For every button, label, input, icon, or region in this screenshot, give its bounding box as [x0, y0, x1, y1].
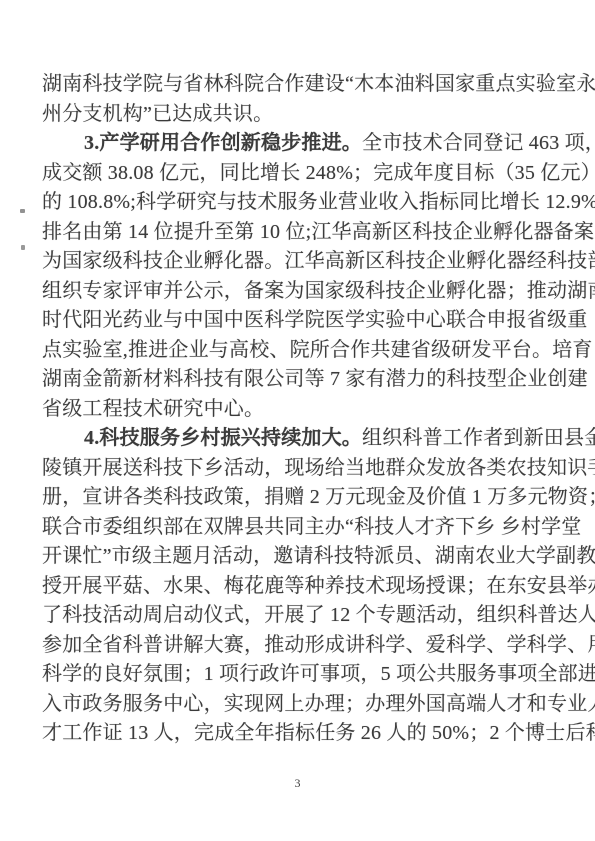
scan-speck [21, 245, 25, 250]
text-line: 入市政务服务中心，实现网上办理；办理外国高端人才和专业人 [42, 690, 554, 720]
text-line: 州分支机构”已达成共识。 [42, 100, 554, 130]
text-line: 3.产学研用合作创新稳步推进。全市技术合同登记 463 项， [42, 129, 554, 159]
text-block: 湖南科技学院与省林科院合作建设“木本油料国家重点实验室永州分支机构”已达成共识。… [42, 70, 554, 749]
section-heading: 4.科技服务乡村振兴持续加大。 [84, 427, 362, 449]
text-line: 册，宣讲各类科技政策，捐赠 2 万元现金及价值 1 万多元物资； [42, 483, 554, 513]
text-line: 才工作证 13 人，完成全年指标任务 26 人的 50%；2 个博士后科 [42, 719, 554, 749]
text-line: 陵镇开展送科技下乡活动，现场给当地群众发放各类农技知识手 [42, 454, 554, 484]
text-line: 4.科技服务乡村振兴持续加大。组织科普工作者到新田县金 [42, 424, 554, 454]
text-line: 联合市委组织部在双牌县共同主办“科技人才齐下乡 乡村学堂 [42, 513, 554, 543]
text-line: 排名由第 14 位提升至第 10 位;江华高新区科技企业孵化器备案 [42, 218, 554, 248]
text-line: 开课忙”市级主题月活动，邀请科技特派员、湖南农业大学副教 [42, 542, 554, 572]
text-line: 为国家级科技企业孵化器。江华高新区科技企业孵化器经科技部 [42, 247, 554, 277]
text-line: 的 108.8%;科学研究与技术服务业营业收入指标同比增长 12.9%, [42, 188, 554, 218]
text-line: 时代阳光药业与中国中医科学院医学实验中心联合申报省级重 [42, 306, 554, 336]
document-page: 湖南科技学院与省林科院合作建设“木本油料国家重点实验室永州分支机构”已达成共识。… [0, 0, 595, 841]
page-number: 3 [0, 776, 595, 791]
scan-speck [20, 209, 25, 213]
text-line: 成交额 38.08 亿元，同比增长 248%；完成年度目标（35 亿元） [42, 159, 554, 189]
text-line: 授开展平菇、水果、梅花鹿等种养技术现场授课；在东安县举办 [42, 572, 554, 602]
section-heading: 3.产学研用合作创新稳步推进。 [84, 132, 362, 154]
text-line: 科学的良好氛围；1 项行政许可事项，5 项公共服务事项全部进 [42, 660, 554, 690]
text-line: 参加全省科普讲解大赛，推动形成讲科学、爱科学、学科学、用 [42, 631, 554, 661]
text-line: 湖南科技学院与省林科院合作建设“木本油料国家重点实验室永 [42, 70, 554, 100]
text-line: 了科技活动周启动仪式，开展了 12 个专题活动，组织科普达人 [42, 601, 554, 631]
text-line: 点实验室,推进企业与高校、院所合作共建省级研发平台。培育 [42, 336, 554, 366]
text-line: 湖南金箭新材料科技有限公司等 7 家有潜力的科技型企业创建 [42, 365, 554, 395]
text-line: 组织专家评审并公示，备案为国家级科技企业孵化器；推动湖南 [42, 277, 554, 307]
text-line: 省级工程技术研究中心。 [42, 395, 554, 425]
